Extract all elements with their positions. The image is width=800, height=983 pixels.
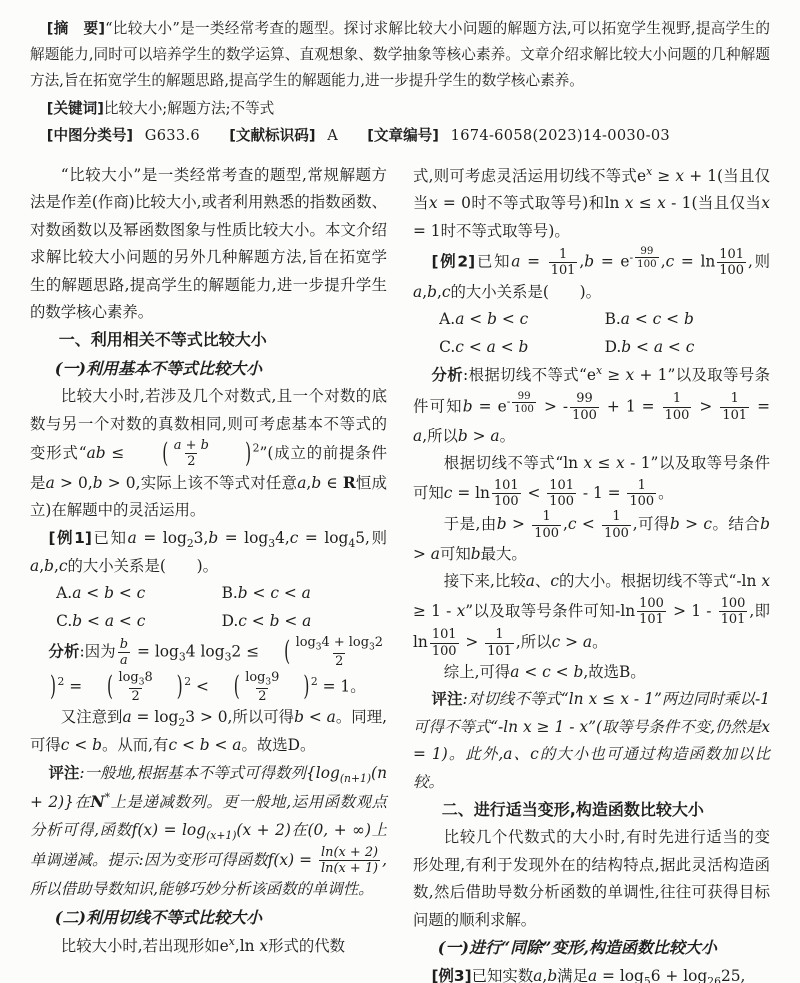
doc-code-value: A — [327, 127, 338, 144]
right-column: 式,则可考虑灵活运用切线不等式ex ≥ x + 1(当且仅当x = 0时不等式取… — [413, 162, 770, 983]
section-2-intro: 比较几个代数式的大小时,有时先进行适当的变形处理,有利于发现外在的结构特点,据此… — [413, 824, 770, 934]
article-no-label: [文章编号] — [367, 127, 439, 144]
example-2-step-4: 接下来,比较a、c的大小。根据切线不等式“-ln x ≥ 1 - x”以及取等号… — [413, 568, 770, 658]
example-2-conclusion: 综上,可得a < c < b,故选B。 — [413, 659, 770, 686]
tangent-intro-continued: 式,则可考虑灵活运用切线不等式ex ≥ x + 1(当且仅当x = 0时不等式取… — [413, 162, 770, 245]
section-1-1-heading: (一)利用基本不等式比较大小 — [30, 355, 387, 383]
left-column: “比较大小”是一类经常考查的题型,常规解题方法是作差(作商)比较大小,或者利用熟… — [30, 162, 387, 983]
article-no-value: 1674-6058(2023)14-0030-03 — [451, 127, 670, 144]
doc-code-label: [文献标识码] — [229, 127, 315, 144]
abstract-label: [摘 要] — [47, 20, 105, 37]
keywords-label: [关键词] — [47, 100, 104, 117]
example-1-comment: 评注:一般地,根据基本不等式可得数列{log(n+1)(n + 2)}在N*上是… — [30, 760, 387, 904]
clc-label: [中图分类号] — [47, 127, 133, 144]
section-2-1-heading: (一)进行“同除”变形,构造函数比较大小 — [413, 934, 770, 962]
clc-value: G633.6 — [145, 127, 200, 144]
abstract-text: “比较大小”是一类经常考查的题型。探讨求解比较大小问题的解题方法,可以拓宽学生视… — [30, 20, 770, 89]
two-column-body: “比较大小”是一类经常考查的题型,常规解题方法是作差(作商)比较大小,或者利用熟… — [30, 162, 770, 983]
example-2-analysis: 分析:根据切线不等式“ex ≥ x + 1”以及取等号条件可知b = e-991… — [413, 361, 770, 450]
section-1-heading: 一、利用相关不等式比较大小 — [30, 326, 387, 354]
example-1: [例1]已知a = log23,b = log34,c = log45,则a,b… — [30, 525, 387, 581]
abstract: [摘 要]“比较大小”是一类经常考查的题型。探讨求解比较大小问题的解题方法,可以… — [30, 16, 770, 94]
basic-inequality-paragraph: 比较大小时,若涉及几个对数式,且一个对数的底数与另一个对数的真数相同,则可考虑基… — [30, 383, 387, 524]
example-2-step-2: 根据切线不等式“ln x ≤ x - 1”以及取等号条件可知c = ln1011… — [413, 450, 770, 509]
tangent-intro-start: 比较大小时,若出现形如ex,ln x形式的代数 — [30, 932, 387, 961]
example-1-analysis: 分析:因为ba = log34 log32 ≤ (log34 + log322)… — [30, 635, 387, 704]
example-2-comment: 评注:对切线不等式“ln x ≤ x - 1”两边同时乘以-1可得不等式“-ln… — [413, 686, 770, 796]
keywords-line: [关键词]比较大小;解题方法;不等式 — [30, 97, 770, 118]
example-3: [例3]已知实数a,b满足a = log56 + log2625, — [413, 963, 770, 983]
example-2-step-3: 于是,由b > 1100,c < 1100,可得b > c。结合b > a可知b… — [413, 509, 770, 568]
intro-paragraph: “比较大小”是一类经常考查的题型,常规解题方法是作差(作商)比较大小,或者利用熟… — [30, 162, 387, 327]
keywords-text: 比较大小;解题方法;不等式 — [104, 100, 274, 117]
example-1-conclusion: 又注意到a = log23 > 0,所以可得b < a。同理,可得c < b。从… — [30, 704, 387, 760]
example-1-options: A.a < b < cB.b < c < aC.b < a < cD.c < b… — [30, 580, 387, 635]
example-2: [例2]已知a = 1101,b = e-99100,c = ln101100,… — [413, 245, 770, 306]
section-1-2-heading: (二)利用切线不等式比较大小 — [30, 904, 387, 932]
example-2-options: A.a < b < cB.a < c < bC.c < a < bD.b < a… — [413, 306, 770, 361]
journal-article-page: [摘 要]“比较大小”是一类经常考查的题型。探讨求解比较大小问题的解题方法,可以… — [0, 0, 800, 983]
meta-line: [中图分类号]G633.6[文献标识码]A[文章编号]1674-6058(202… — [30, 124, 770, 145]
section-2-heading: 二、进行适当变形,构造函数比较大小 — [413, 796, 770, 824]
